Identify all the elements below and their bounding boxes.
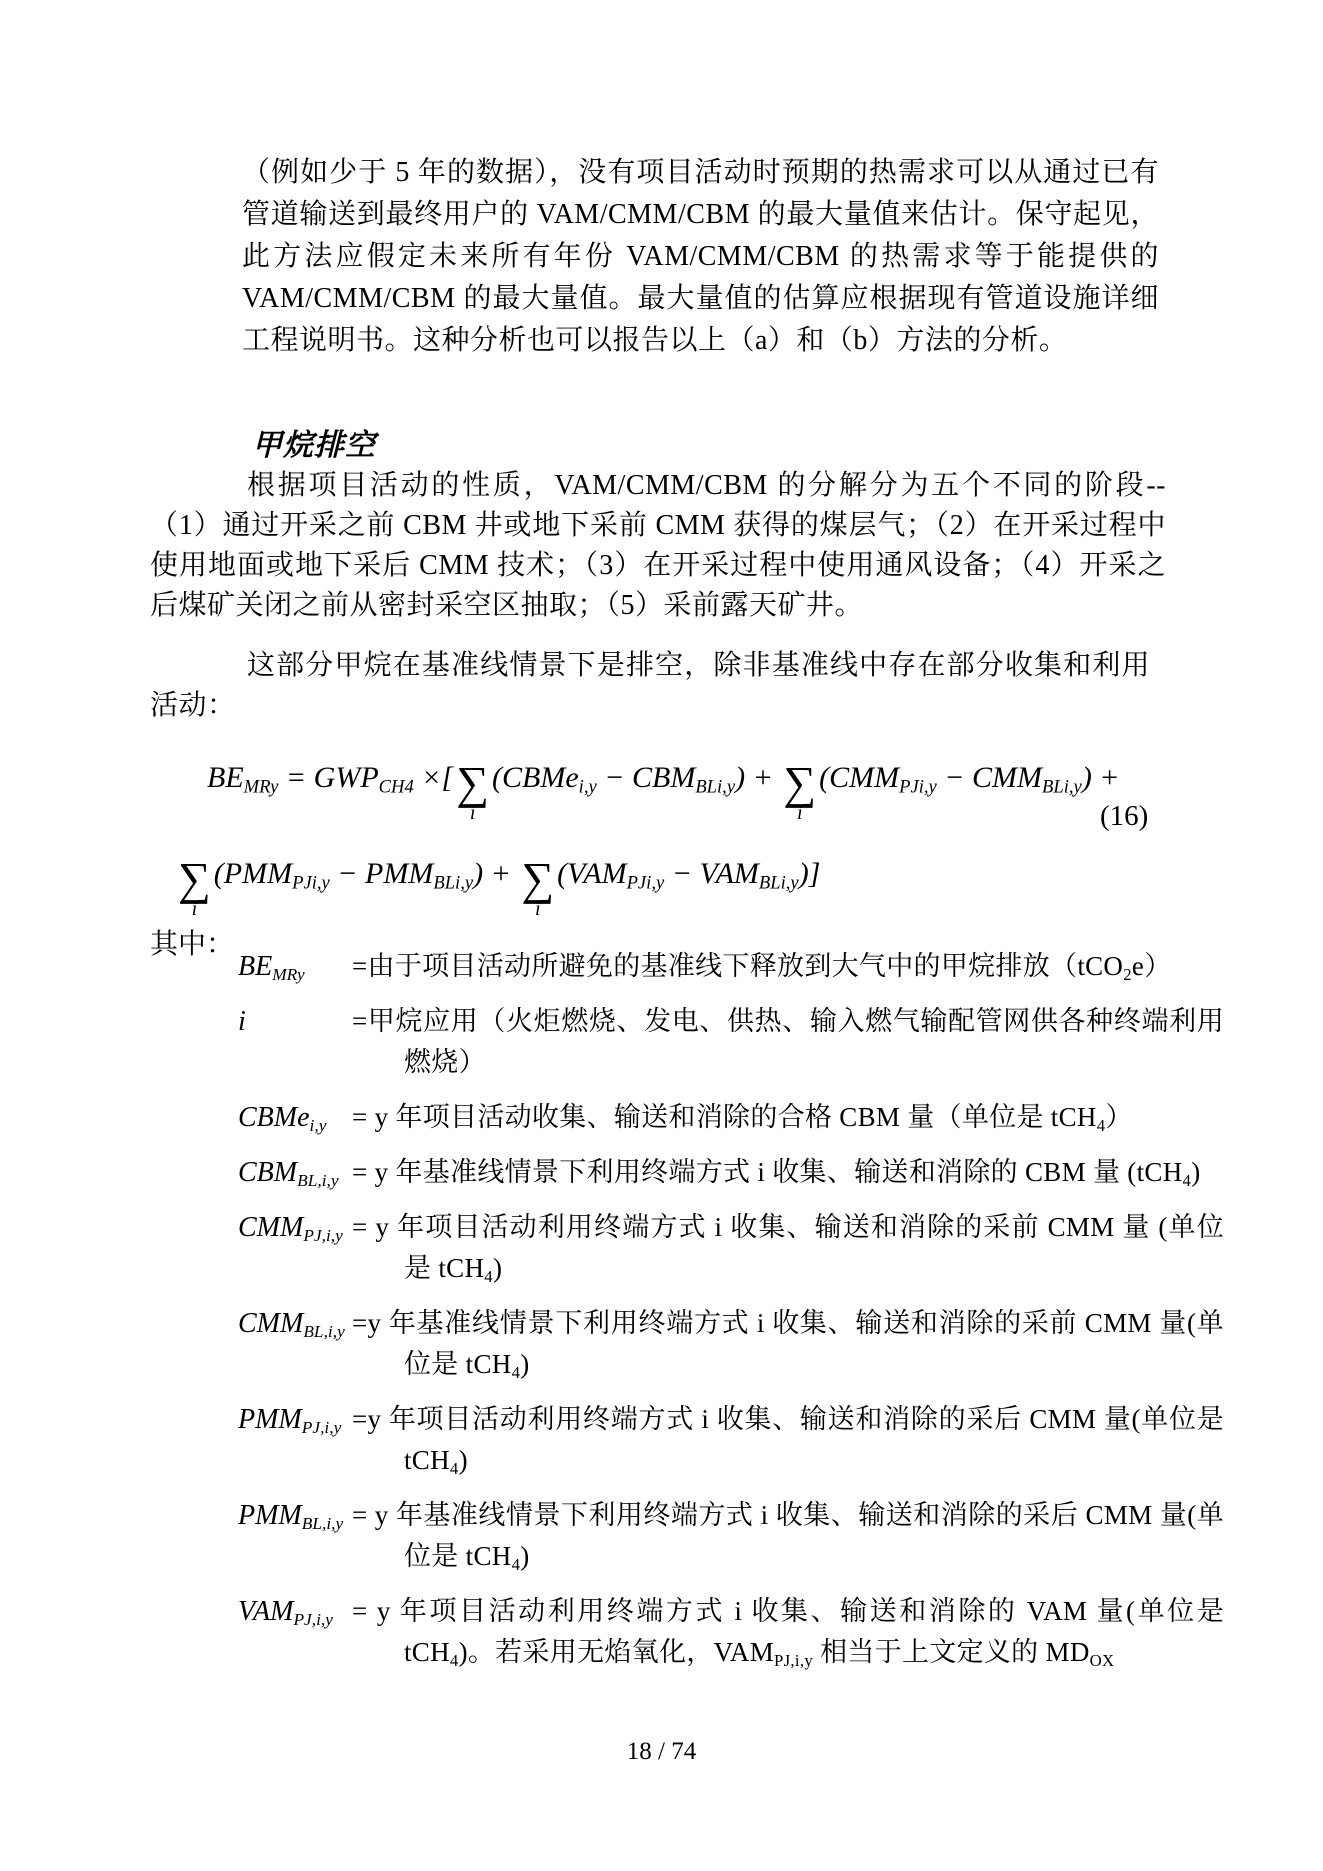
definition-term: PMMPJ,i,y bbox=[238, 1399, 352, 1481]
definition-term: BEMRy bbox=[238, 946, 352, 987]
paragraph-five-stages: 根据项目活动的性质，VAM/CMM/CBM 的分解分为五个不同的阶段--（1）通… bbox=[150, 466, 1166, 626]
definition-term: CBMei,y bbox=[238, 1097, 352, 1138]
definition-row: BEMRy =由于项目活动所避免的基准线下释放到大气中的甲烷排放（tCO2e） bbox=[238, 946, 1172, 987]
definition-term: CMMBL,i,y bbox=[238, 1303, 352, 1385]
definition-text: = y 年项目活动利用终端方式 i 收集、输送和消除的采前 CMM 量 (单位是… bbox=[352, 1207, 1224, 1289]
definition-list: BEMRy =由于项目活动所避免的基准线下释放到大气中的甲烷排放（tCO2e） … bbox=[238, 946, 1172, 1687]
paragraph-baseline-venting: 这部分甲烷在基准线情景下是排空，除非基准线中存在部分收集和利用活动： bbox=[150, 646, 1150, 726]
definition-text: =甲烷应用（火炬燃烧、发电、供热、输入燃气输配管网供各种终端利用燃烧） bbox=[352, 1001, 1224, 1083]
definition-row: CBMBL,i,y = y 年基准线情景下利用终端方式 i 收集、输送和消除的 … bbox=[238, 1152, 1172, 1193]
equation-16: BEMRy = GWPCH4 ×[∑i(CBMei,y − CBMBLi,y) … bbox=[175, 748, 1180, 938]
summation-symbol: ∑i bbox=[783, 762, 816, 822]
definition-row: CMMPJ,i,y = y 年项目活动利用终端方式 i 收集、输送和消除的采前 … bbox=[238, 1207, 1172, 1289]
summation-symbol: ∑i bbox=[178, 858, 211, 918]
definition-term: CBMBL,i,y bbox=[238, 1152, 352, 1193]
equation-16-line-1: BEMRy = GWPCH4 ×[∑i(CBMei,y − CBMBLi,y) … bbox=[207, 750, 1120, 810]
definition-row: VAMPJ,i,y = y 年项目活动利用终端方式 i 收集、输送和消除的 VA… bbox=[238, 1591, 1172, 1673]
definition-text: = y 年项目活动利用终端方式 i 收集、输送和消除的 VAM 量(单位是 tC… bbox=[352, 1591, 1224, 1673]
summation-symbol: ∑i bbox=[456, 762, 489, 822]
definition-row: i =甲烷应用（火炬燃烧、发电、供热、输入燃气输配管网供各种终端利用燃烧） bbox=[238, 1001, 1172, 1083]
summation-symbol: ∑i bbox=[521, 858, 554, 918]
page-number: 18 / 74 bbox=[0, 1738, 1323, 1766]
definition-term: PMMBL,i,y bbox=[238, 1495, 352, 1577]
paragraph-heat-demand-continuation: （例如少于 5 年的数据），没有项目活动时预期的热需求可以从通过已有管道输送到最… bbox=[242, 152, 1159, 362]
where-label: 其中： bbox=[150, 922, 234, 962]
definition-row: CMMBL,i,y =y 年基准线情景下利用终端方式 i 收集、输送和消除的采前… bbox=[238, 1303, 1172, 1385]
definition-row: PMMBL,i,y = y 年基准线情景下利用终端方式 i 收集、输送和消除的采… bbox=[238, 1495, 1172, 1577]
definition-text: = y 年基准线情景下利用终端方式 i 收集、输送和消除的 CBM 量 (tCH… bbox=[352, 1152, 1224, 1193]
equation-16-line-2: ∑i(PMMPJi,y − PMMBLi,y) + ∑i(VAMPJi,y − … bbox=[175, 846, 820, 906]
definition-text: =由于项目活动所避免的基准线下释放到大气中的甲烷排放（tCO2e） bbox=[352, 946, 1224, 987]
definition-text: =y 年基准线情景下利用终端方式 i 收集、输送和消除的采前 CMM 量(单位是… bbox=[352, 1303, 1224, 1385]
definition-text: = y 年基准线情景下利用终端方式 i 收集、输送和消除的采后 CMM 量(单位… bbox=[352, 1495, 1224, 1577]
equation-number: (16) bbox=[1100, 800, 1148, 833]
definition-term: CMMPJ,i,y bbox=[238, 1207, 352, 1289]
definition-term: i bbox=[238, 1001, 352, 1083]
definition-text: = y 年项目活动收集、输送和消除的合格 CBM 量（单位是 tCH4） bbox=[352, 1097, 1224, 1138]
document-page: （例如少于 5 年的数据），没有项目活动时预期的热需求可以从通过已有管道输送到最… bbox=[0, 0, 1323, 1871]
definition-row: PMMPJ,i,y =y 年项目活动利用终端方式 i 收集、输送和消除的采后 C… bbox=[238, 1399, 1172, 1481]
definition-term: VAMPJ,i,y bbox=[238, 1591, 352, 1673]
definition-row: CBMei,y = y 年项目活动收集、输送和消除的合格 CBM 量（单位是 t… bbox=[238, 1097, 1172, 1138]
section-heading-methane-venting: 甲烷排空 bbox=[252, 420, 376, 464]
definition-text: =y 年项目活动利用终端方式 i 收集、输送和消除的采后 CMM 量(单位是 t… bbox=[352, 1399, 1224, 1481]
